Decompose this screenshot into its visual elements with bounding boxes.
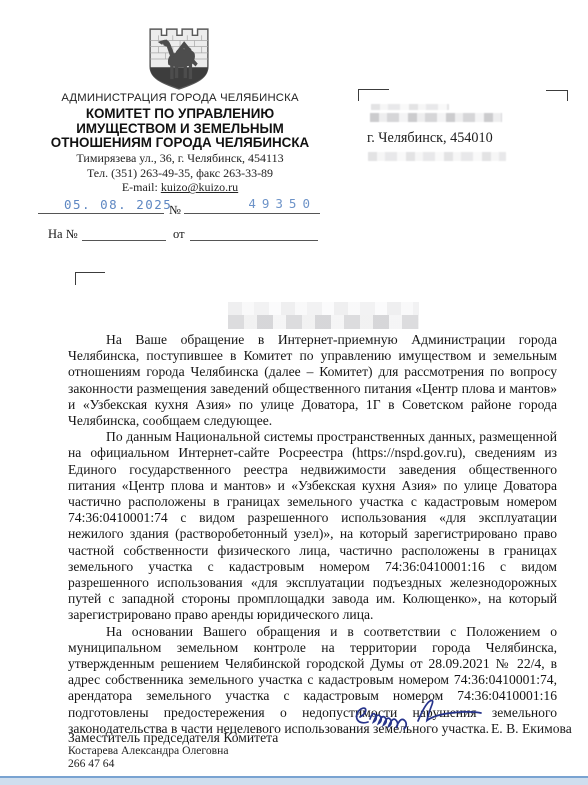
- committee-name: КОМИТЕТ ПО УПРАВЛЕНИЮ ИМУЩЕСТВОМ И ЗЕМЕЛ…: [28, 107, 332, 151]
- crop-mark-recipient-top-left: [358, 89, 389, 101]
- body-paragraph-1: На Ваше обращение в Интернет-приемную Ад…: [68, 332, 557, 429]
- date-stamp: 05. 08. 2025: [64, 197, 172, 212]
- redacted-recipient-line-3: [368, 152, 506, 161]
- committee-name-line3: ОТНОШЕНИЯМ ГОРОДА ЧЕЛЯБИНСКА: [28, 136, 332, 151]
- reply-date-line: [190, 226, 318, 241]
- outgoing-number-stamp: 49350: [248, 196, 316, 211]
- committee-name-line1: КОМИТЕТ ПО УПРАВЛЕНИЮ: [28, 107, 332, 122]
- redaction-box: [228, 302, 419, 331]
- outgoing-date-line: 05. 08. 2025: [38, 198, 164, 214]
- recipient-city: г. Челябинск, 454010: [367, 130, 493, 147]
- administration-name: АДМИНИСТРАЦИЯ ГОРОДА ЧЕЛЯБИНСКА: [28, 92, 332, 104]
- redacted-recipient-line-2: [370, 113, 502, 122]
- camel-coat-of-arms-icon: [148, 25, 210, 91]
- executor-block: Костарева Александра Олеговна 266 47 64: [68, 744, 228, 770]
- executor-phone: 266 47 64: [68, 757, 228, 770]
- outgoing-number-line: 49350: [184, 198, 320, 214]
- email-label: E-mail:: [122, 180, 161, 194]
- postal-address: Тимирязева ул., 36, г. Челябинск, 454113: [28, 152, 332, 166]
- window-bottom-edge: [0, 776, 588, 785]
- reply-number-label: На №: [48, 227, 78, 242]
- reply-date-label: от: [173, 227, 185, 242]
- body-paragraph-2: По данным Национальной системы пространс…: [68, 429, 557, 623]
- letter-body: На Ваше обращение в Интернет-приемную Ад…: [68, 332, 557, 737]
- number-label: №: [169, 203, 181, 218]
- committee-name-line2: ИМУЩЕСТВОМ И ЗЕМЕЛЬНЫМ: [28, 122, 332, 137]
- letterhead: АДМИНИСТРАЦИЯ ГОРОДА ЧЕЛЯБИНСКА КОМИТЕТ …: [28, 92, 332, 195]
- handwritten-signature-icon: [348, 692, 493, 743]
- redacted-recipient-line-1: [371, 104, 449, 110]
- signer-name: Е. В. Екимова: [491, 721, 572, 737]
- email-link: kuizo@kuizo.ru: [161, 180, 238, 194]
- fold-mark-left: [75, 272, 105, 285]
- scanned-letter-page: АДМИНИСТРАЦИЯ ГОРОДА ЧЕЛЯБИНСКА КОМИТЕТ …: [0, 0, 588, 785]
- executor-name: Костарева Александра Олеговна: [68, 744, 228, 757]
- email-line: E-mail: kuizo@kuizo.ru: [28, 181, 332, 195]
- reply-number-line: [82, 226, 166, 241]
- crop-mark-recipient-top-right: [546, 90, 568, 101]
- phone-fax: Тел. (351) 263-49-35, факс 263-33-89: [28, 167, 332, 181]
